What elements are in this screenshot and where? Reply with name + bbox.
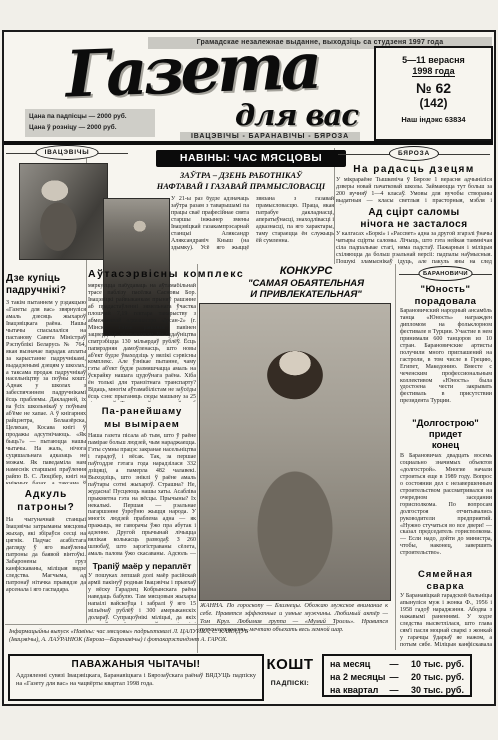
issue-credits: Інфармацыйны выпуск «Навіны: час мясцовы… (9, 628, 259, 653)
price-row-value: 10 тыс. руб. (400, 658, 464, 671)
cost-word2: ПАДПІСКІ: (260, 680, 320, 687)
column-divider (395, 264, 396, 650)
headline-straw-line1: Ад сцірт саломы (336, 207, 492, 219)
contest-kicker: КОНКУРС (220, 265, 392, 277)
headline-quarrel-line2: сварка (399, 581, 492, 593)
price-row-value: 20 тыс. руб. (400, 671, 464, 684)
cost-word: КОШТ (260, 656, 320, 673)
article-dying-out-body: Наша газета пісала аб тым, што ў раёне п… (88, 433, 196, 558)
issue-index: Наш індэкс 63834 (376, 115, 491, 124)
newspaper-subtitle: для вас (190, 101, 358, 130)
photo-contest-zhanna (199, 303, 391, 601)
headline-yunost-line1: "Юность" (399, 284, 492, 296)
region-label-baranavichy: БАРАНОВИЧИ (399, 266, 492, 281)
price-row-quarter: на квартал — 30 тыс. руб. (330, 684, 464, 697)
region-label-byaroza: БЯРОЗА (338, 146, 490, 161)
price-row-month: на месяц — 10 тыс. руб. (330, 658, 464, 671)
headline-dying-line1: Па-ранейшаму (88, 406, 196, 419)
headline-quarrel-line1: Сямейная (399, 569, 492, 581)
price-row-label: на квартал (330, 684, 388, 697)
article-textbooks-body: З такім пытаннем у рэдакцыю «Газеты для … (6, 300, 86, 484)
issue-number-alt: (142) (376, 96, 491, 110)
contest-title-line2: И ПРИВЛЕКАТЕЛЬНАЯ" (220, 289, 392, 300)
issue-year: 1998 года (376, 66, 491, 76)
column-divider (197, 264, 198, 653)
subscription-price-table: на месяц — 10 тыс. руб. на 2 месяцы — 20… (322, 654, 472, 697)
headline-we-are-dying-out: Па-ранейшаму мы выміраем (88, 406, 196, 432)
headline-family-quarrel: Сямейная сварка (399, 569, 492, 593)
article-school-body: У мікрараёне Тышкевіча ў Бярозе 1 верасн… (336, 177, 492, 205)
headline-yunost: "Юность" порадовала (399, 284, 492, 308)
newspaper-page-scan: { "colors": { "ink": "#111111", "paper":… (0, 0, 498, 740)
issue-info-box: 5—11 верасня 1998 года № 62 (142) Наш ін… (374, 46, 493, 141)
headline-where-from-cartridges: Адкуль патроны? (6, 489, 86, 514)
headline-straw-stacks: Ад сцірт саломы нічога не засталося (336, 207, 492, 230)
issue-year-text: 1998 года (412, 66, 454, 77)
price-row-dash: — (388, 658, 400, 671)
article-major-body: У пошуках лепшай долі маёр расійскай арм… (88, 573, 196, 623)
subscription-cost-label: КОШТ ПАДПІСКІ: (260, 656, 320, 687)
article-autoservice-body: мяркуецца пабудаваць на аўтамабільнай тр… (88, 283, 196, 402)
headline-dolgostroy-line3: конец (399, 441, 492, 452)
price-row-two-months: на 2 месяцы — 20 тыс. руб. (330, 671, 464, 684)
news-section-banner: НАВІНЫ: ЧАС МЯСЦОВЫ (156, 150, 346, 167)
price-row-dash: — (388, 684, 400, 697)
price-subscription: Цана па падпісцы — 2000 руб. (29, 112, 151, 123)
article-yunost-body: Барановичский народный ансамбль танца «Ю… (400, 308, 492, 416)
headline-where-to-buy-textbooks: Дзе купіць падручнікі? (6, 273, 86, 297)
oval-label: БАРАНОВИЧИ (418, 266, 473, 281)
headline-yunost-line2: порадовала (399, 296, 492, 308)
lead-headline-line1: ЗАЎТРА – ДЗЕНЬ РАБОТНІКАЎ (138, 171, 344, 182)
article-dolgostroy-body: В Барановичах двадцать восемь социально … (400, 453, 492, 565)
lead-headline-line2: НАФТАВАЙ І ГАЗАВАЙ ПРАМЫСЛОВАСЦІ (138, 182, 344, 193)
contest-title-line1: "САМАЯ ОБАЯТЕЛЬНАЯ (220, 278, 392, 289)
headline-dolgostroy: "Долгострою" придет конец (399, 419, 492, 452)
oval-label: БЯРОЗА (389, 146, 439, 161)
photo-reader-portrait (19, 163, 108, 260)
issue-dates: 5—11 верасня (376, 55, 491, 65)
issue-number: № 62 (376, 80, 491, 96)
price-retail: Цана ў розніцу — 2000 руб. (29, 123, 151, 134)
article-straw-body: У калгасах «Боркі» і «Рассвет» адна за д… (336, 231, 492, 265)
oval-label: ІВАЦЭВІЧЫ (36, 145, 99, 160)
price-row-dash: — (388, 671, 400, 684)
price-row-label: на месяц (330, 658, 388, 671)
headline-major-in-trouble: Трапіў маёр у пераплёт (88, 561, 196, 571)
readers-notice-head: ПАВАЖАНЫЯ ЧЫТАЧЫ! (10, 659, 262, 670)
headline-dying-line2: мы выміраем (88, 419, 196, 432)
headline-straw-line2: нічога не засталося (336, 219, 492, 231)
contest-title-block: КОНКУРС "САМАЯ ОБАЯТЕЛЬНАЯ И ПРИВЛЕКАТЕЛ… (220, 265, 392, 300)
article-cartridges-body: На чыгуначнай станцыі Івацэвічы затрыман… (6, 517, 86, 622)
price-box: Цана па падпісцы — 2000 руб. Цана ў розн… (25, 109, 155, 137)
price-row-value: 30 тыс. руб. (400, 684, 464, 697)
article-quarrel-body: У Баранавіцкай гарадской бальніцы апынул… (400, 593, 492, 648)
lead-article-body: У 21-ы раз будзе адзначаць заўтра разам … (171, 196, 334, 264)
region-label-ivatsevichy: ІВАЦЭВІЧЫ (6, 145, 128, 160)
headline-joy-for-children: На радасць дзецям (336, 164, 492, 175)
lead-headline: ЗАЎТРА – ДЗЕНЬ РАБОТНІКАЎ НАФТАВАЙ І ГАЗ… (138, 171, 344, 193)
readers-notice-box: ПАВАЖАНЫЯ ЧЫТАЧЫ! Аддзяленні сувязі Івац… (8, 654, 264, 701)
readers-notice-body: Аддзяленні сувязі Івацэвіцкага, Баранаві… (10, 670, 262, 688)
price-row-label: на 2 месяцы (330, 671, 388, 684)
